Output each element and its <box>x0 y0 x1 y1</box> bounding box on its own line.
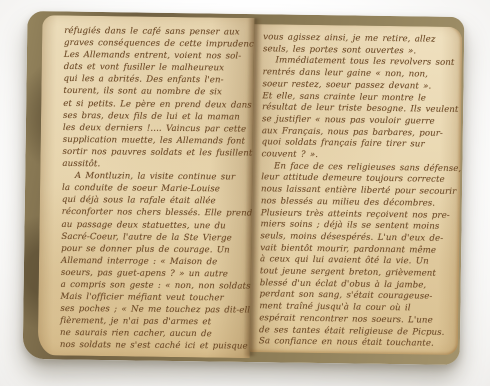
handwriting-line: au passage deux statuettes, une du <box>61 218 245 232</box>
left-page: réfugiés dans le café sans penser auxgra… <box>38 15 255 358</box>
handwriting-line: Sacré-Coeur, l'autre de la Ste Vierge <box>61 231 245 245</box>
handwriting-line: réconforter nos chers blessés. Elle pren… <box>62 206 246 220</box>
photo-background: réfugiés dans le café sans penser auxgra… <box>0 0 490 386</box>
left-page-handwriting: réfugiés dans le café sans penser auxgra… <box>38 15 255 358</box>
right-page-handwriting: vous agissez ainsi, je me retire, allezs… <box>250 24 463 355</box>
handwriting-line: nos soldats ne s'est caché ici et puisqu… <box>60 339 244 353</box>
handwriting-line: Sa confiance en nous était touchante. <box>259 336 448 350</box>
right-page: vous agissez ainsi, je me retire, allezs… <box>250 24 463 355</box>
handwriting-line: et si petits. Le père en prend deux dans <box>63 97 247 111</box>
notebook: réfugiés dans le café sans penser auxgra… <box>0 0 490 386</box>
handwriting-line: tourent, ils sont au nombre de six <box>63 85 247 99</box>
